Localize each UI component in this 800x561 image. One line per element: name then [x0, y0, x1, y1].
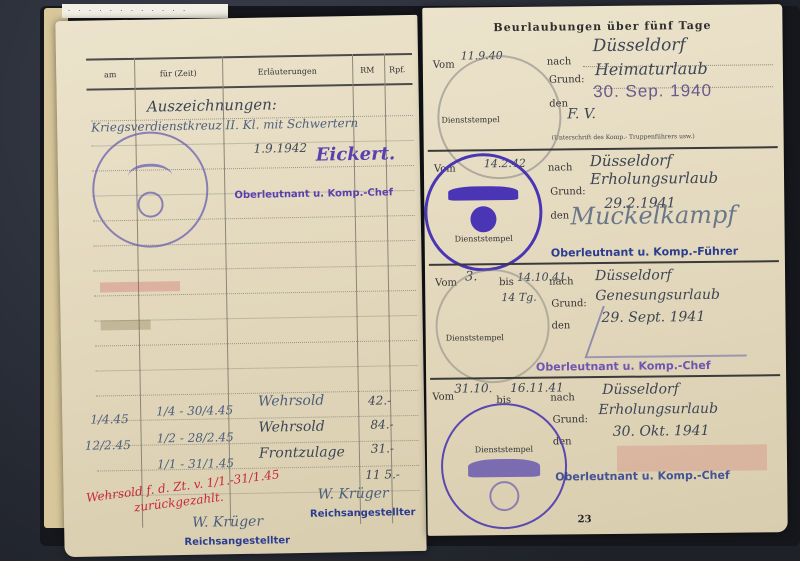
- emblem-icon: [128, 163, 172, 189]
- emblem-icon: [468, 459, 540, 478]
- header-fuer-zeit: für (Zeit): [134, 68, 222, 79]
- official-circle-stamp: Dienststempel: [440, 402, 567, 529]
- pay-row-description: Wehrsold: [258, 419, 325, 436]
- officer-title-stamp: Oberleutnant u. Komp.-Chef: [536, 359, 711, 374]
- officer-title-stamp: Oberleutnant u. Komp.-Führer: [551, 245, 738, 260]
- pay-row-amount: 42.-: [368, 393, 391, 407]
- leave-reason: Erholungsurlaub: [598, 401, 718, 418]
- faded-circle-stamp: [435, 269, 550, 384]
- header-rm: RM: [352, 65, 382, 75]
- leave-reason: Erholungsurlaub: [590, 169, 718, 188]
- pay-row-date: 1/4.45: [90, 412, 129, 427]
- label-den: den: [550, 210, 569, 221]
- unit-circle-stamp: [91, 131, 209, 249]
- left-page: am für (Zeit) Erläuterungen RM Rpf. Ausz…: [55, 15, 426, 557]
- pay-row-description: Frontzulage: [259, 444, 345, 461]
- red-signature-mark: [617, 444, 767, 472]
- label-den: den: [552, 320, 571, 331]
- perforated-strip: · · · · · · · · · · · ·: [62, 4, 228, 18]
- officer-signature: Muckelkampf: [570, 201, 736, 231]
- pay-row-description: Wehrsold: [258, 393, 325, 410]
- pay-row-period: 1/4 - 30/4.45: [156, 403, 233, 418]
- label-grund: Grund:: [553, 414, 589, 425]
- officer-signature: Eickert.: [316, 143, 396, 165]
- clerk-title-stamp: Reichsangestellter: [310, 507, 416, 520]
- page-title: Beurlaubungen über fünf Tage: [422, 18, 782, 35]
- page-number: 23: [578, 514, 592, 525]
- label-grund: Grund:: [551, 298, 587, 309]
- leave-destination: Düsseldorf: [593, 35, 686, 56]
- pay-row-period: 1/2 - 28/2.45: [157, 430, 234, 445]
- header-am: am: [86, 69, 134, 79]
- award-date: 1.9.1942: [253, 141, 307, 156]
- leave-signature: F. V.: [567, 106, 596, 122]
- header-rpf: Rpf.: [382, 64, 412, 74]
- label-nach: nach: [548, 162, 573, 173]
- stamp-label: Dienststempel: [428, 234, 540, 244]
- label-nach: nach: [547, 56, 572, 67]
- leave-from: 31.10.: [454, 381, 492, 395]
- pay-row-total: 11 5.-: [365, 467, 400, 482]
- pay-row-date: 12/2.45: [85, 438, 131, 453]
- faded-red-mark: [100, 281, 180, 292]
- label-vom: Vom: [433, 60, 455, 71]
- leave-destination: Düsseldorf: [595, 267, 672, 284]
- leave-destination: Düsseldorf: [602, 381, 679, 398]
- leave-date-stamp: 30. Sep. 1940: [593, 81, 712, 102]
- officer-signature-scrawl: [584, 304, 764, 358]
- leave-reason: Heimaturlaub: [595, 59, 708, 79]
- awards-heading: Auszeichnungen:: [147, 95, 277, 115]
- right-page: Beurlaubungen über fünf Tage Vom 11.9.40…: [422, 4, 788, 536]
- clerk-title-stamp: Reichsangestellter: [184, 535, 290, 548]
- award-entry: Kriegsverdienstkreuz II. Kl. mit Schwert…: [91, 116, 358, 135]
- clerk-signature: W. Krüger: [192, 514, 263, 531]
- signature-caption: (Unterschrift des Komp.- Truppenführers …: [552, 133, 695, 141]
- official-circle-stamp: Dienststempel: [424, 153, 543, 272]
- emblem-icon: [448, 186, 518, 201]
- clerk-signature: W. Krüger: [318, 485, 389, 502]
- officer-title-stamp: Oberleutnant u. Komp.-Chef: [555, 469, 730, 484]
- label-grund: Grund:: [550, 186, 586, 197]
- pay-row-period: 1/1 - 31/1.45: [157, 456, 234, 471]
- stamp-label: Dienststempel: [443, 444, 565, 454]
- pay-row-amount: 84.-: [370, 417, 393, 431]
- label-vom: Vom: [432, 392, 454, 403]
- leave-date: 30. Okt. 1941: [613, 423, 710, 440]
- label-nach: nach: [550, 392, 575, 403]
- leave-reason: Genesungsurlaub: [595, 287, 720, 304]
- label-nach: nach: [549, 276, 574, 287]
- leave-destination: Düsseldorf: [590, 151, 672, 170]
- label-grund: Grund:: [549, 74, 585, 85]
- faded-mark: [101, 320, 151, 331]
- header-erlaeuterungen: Erläuterungen: [222, 66, 352, 77]
- officer-title-stamp: Oberleutnant u. Komp.-Chef: [234, 187, 393, 201]
- pay-row-amount: 31.-: [371, 441, 394, 455]
